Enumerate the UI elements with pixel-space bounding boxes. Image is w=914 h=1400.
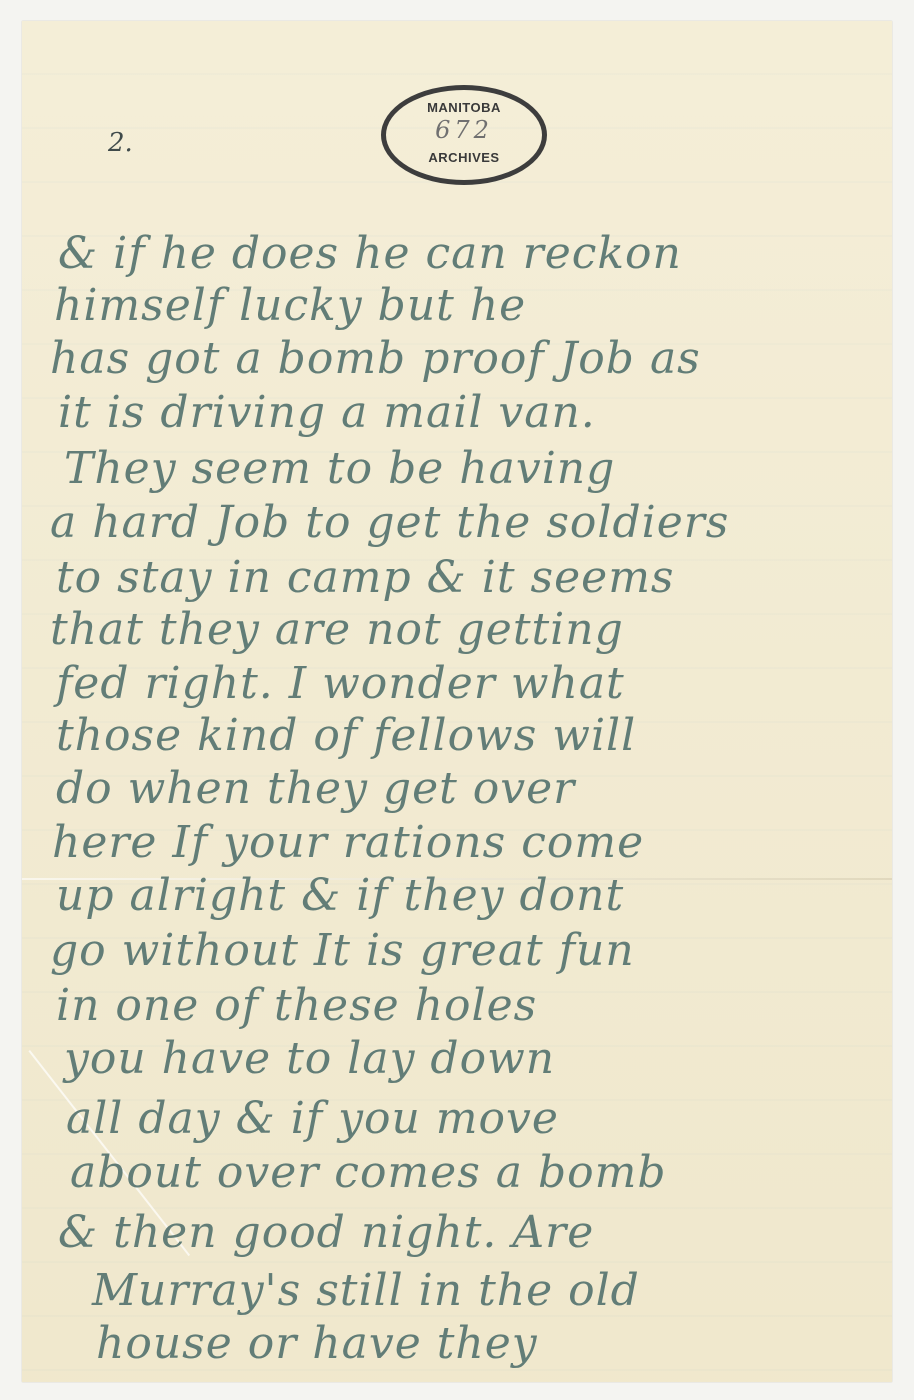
text-line: here If your rations come	[52, 817, 644, 869]
text-line: Murray's still in the old	[92, 1265, 640, 1317]
text-line: do when they get over	[56, 763, 575, 815]
text-line: it is driving a mail van.	[58, 387, 596, 439]
handwritten-text: & if he does he can reckon himself lucky…	[0, 0, 914, 1400]
text-line: about over comes a bomb	[70, 1147, 667, 1199]
text-line: They seem to be having	[64, 443, 615, 495]
text-line: that they are not getting	[50, 604, 624, 656]
text-line: you have to lay down	[64, 1033, 555, 1085]
text-line: himself lucky but he	[54, 280, 526, 332]
text-line: a hard Job to get the soldiers	[50, 497, 729, 549]
text-line: & then good night. Are	[58, 1207, 594, 1259]
text-line: has got a bomb proof Job as	[50, 333, 701, 385]
text-line: those kind of fellows will	[56, 710, 636, 762]
text-line: up alright & if they dont	[56, 870, 624, 922]
text-line: go without It is great fun	[50, 925, 635, 977]
text-line: fed right. I wonder what	[56, 658, 625, 710]
text-line: to stay in camp & it seems	[56, 552, 675, 604]
text-line: all day & if you move	[66, 1093, 559, 1145]
text-line: house or have they	[96, 1318, 538, 1370]
text-line: & if he does he can reckon	[58, 228, 682, 280]
text-line: in one of these holes	[56, 980, 537, 1032]
